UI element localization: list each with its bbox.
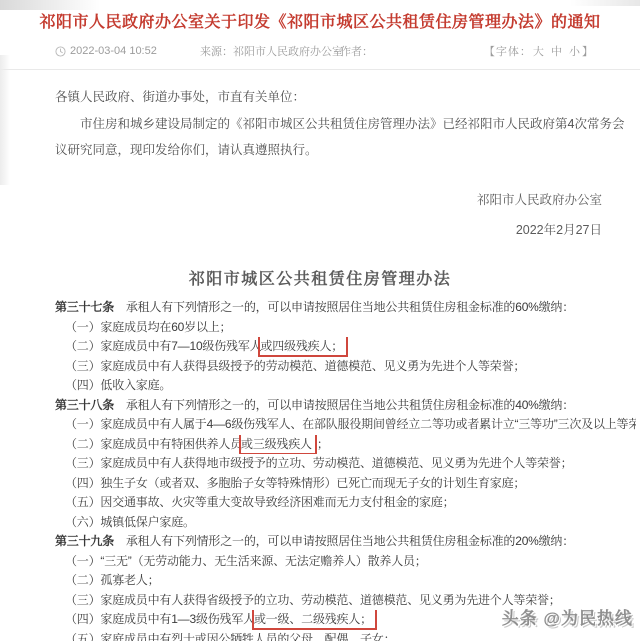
signature-block: 祁阳市人民政府办公室 2022年2月27日 <box>55 185 630 245</box>
article-item: （四）低收入家庭。 <box>55 376 636 396</box>
scan-shade-top-right <box>570 0 640 6</box>
article-item-text: （二）家庭成员中有特困供养人员 <box>65 437 242 451</box>
article-item: （一）“三无”（无劳动能力、无生活来源、无法定赡养人）散养人员； <box>55 552 636 572</box>
article-item-text: ； <box>317 437 329 451</box>
font-size-control: 【字体：大 中 小】 <box>484 43 594 59</box>
article-intro: 第三十九条 承租人有下列情形之一的，可以申请按照居住当地公共租赁住房租金标准的2… <box>55 532 636 552</box>
author-field: 作者： <box>340 43 484 59</box>
scan-shade-top-left <box>0 0 100 10</box>
article-number: 第三十九条 <box>55 534 114 548</box>
article-intro: 第三十八条 承租人有下列情形之一的，可以申请按照居住当地公共租赁住房租金标准的4… <box>55 396 636 416</box>
article-item: （三）家庭成员中有人获得地市级授予的立功、劳动模范、道德模范、见义勇为先进个人等… <box>55 454 636 474</box>
letter-body: 市住房和城乡建设局制定的《祁阳市城区公共租赁住房管理办法》已经祁阳市人民政府第4… <box>55 111 630 163</box>
article-item-text: （三）家庭成员中有人获得地市级授予的立功、劳动模范、道德模范、见义勇为先进个人等… <box>65 456 572 470</box>
article-number: 第三十八条 <box>55 398 114 412</box>
article-item-text: （一）“三无”（无劳动能力、无生活来源、无法定赡养人）散养人员； <box>65 554 427 568</box>
document-page: 祁阳市人民政府办公室关于印发《祁阳市城区公共租赁住房管理办法》的通知 2022-… <box>0 0 640 641</box>
article-item-text: （四）家庭成员中有1—3级伤残军人 <box>65 612 255 626</box>
article-item-text: （一）家庭成员均在60岁以上； <box>65 320 231 334</box>
article-item-text: （五）因交通事故、火灾等重大变故导致经济困难而无力支付租金的家庭； <box>65 495 454 509</box>
regulation-heading: 祁阳市城区公共租赁住房管理办法 <box>0 266 640 289</box>
article-item-text: （二）孤寡老人； <box>65 573 159 587</box>
signer-name: 祁阳市人民政府办公室 <box>55 185 602 215</box>
article-item-text: （三）家庭成员中有人获得省级授予的立功、劳动模范、道德模范、见义勇为先进个人等荣… <box>65 593 561 607</box>
font-label-open: 【字体： <box>484 46 532 58</box>
highlighted-text: 或四级残疾人； <box>258 337 348 357</box>
font-size-medium-button[interactable]: 中 <box>551 46 563 58</box>
highlighted-text: 或三级残疾人 <box>239 435 317 455</box>
article-item: （二）家庭成员中有7—10级伤残军人或四级残疾人； <box>55 337 636 357</box>
article-item: （一）家庭成员中有人属于4—6级伤残军人、在部队服役期间曾经立二等功或者累计立“… <box>55 415 636 435</box>
notice-letter: 各镇人民政府、街道办事处，市直有关单位： 市住房和城乡建设局制定的《祁阳市城区公… <box>0 85 640 245</box>
meta-bar: 2022-03-04 10:52 来源：祁阳市人民政府办公室 作者： 【字体：大… <box>0 43 640 70</box>
article-intro-text: 承租人有下列情形之一的，可以申请按照居住当地公共租赁住房租金标准的40%缴纳： <box>114 398 574 412</box>
font-label-close: 】 <box>582 46 594 58</box>
clock-icon <box>55 46 66 57</box>
article-item: （一）家庭成员均在60岁以上； <box>55 318 636 338</box>
article-item: （二）家庭成员中有特困供养人员或三级残疾人； <box>55 435 636 455</box>
article-number: 第三十七条 <box>55 300 114 314</box>
signature-date: 2022年2月27日 <box>55 215 602 245</box>
source-value: 祁阳市人民政府办公室 <box>233 46 343 58</box>
article-item: （五）因交通事故、火灾等重大变故导致经济困难而无力支付租金的家庭； <box>55 493 636 513</box>
font-size-small-button[interactable]: 小 <box>569 46 581 58</box>
article-item-text: （四）低收入家庭。 <box>65 378 171 392</box>
publish-time-text: 2022-03-04 10:52 <box>70 45 157 57</box>
article-item: （二）孤寡老人； <box>55 571 636 591</box>
article-intro: 第三十七条 承租人有下列情形之一的，可以申请按照居住当地公共租赁住房租金标准的6… <box>55 298 636 318</box>
salutation: 各镇人民政府、街道办事处，市直有关单位： <box>55 85 630 109</box>
article-item-text: （六）城镇低保户家庭。 <box>65 515 195 529</box>
source-field: 来源：祁阳市人民政府办公室 <box>200 43 340 59</box>
author-label: 作者： <box>340 46 373 58</box>
article-item-text: （五）家庭成员中有烈士或因公牺牲人员的父母、配偶、子女； <box>65 632 395 641</box>
toutiao-watermark: 头条 @为民热线 <box>502 604 633 629</box>
article-item-text: （一）家庭成员中有人属于4—6级伤残军人、在部队服役期间曾经立二等功或者累计立“… <box>65 417 636 431</box>
article-item: （五）家庭成员中有烈士或因公牺牲人员的父母、配偶、子女； <box>55 630 636 641</box>
article-intro-text: 承租人有下列情形之一的，可以申请按照居住当地公共租赁住房租金标准的20%缴纳： <box>114 534 574 548</box>
publish-time: 2022-03-04 10:52 <box>55 45 200 57</box>
article-item: （四）独生子女（或者双、多胞胎子女等特殊情形）已死亡而现无子女的计划生育家庭； <box>55 474 636 494</box>
article-item: （六）城镇低保户家庭。 <box>55 513 636 533</box>
highlighted-text: 或一级、二级残疾人； <box>252 610 377 630</box>
article-intro-text: 承租人有下列情形之一的，可以申请按照居住当地公共租赁住房租金标准的60%缴纳： <box>114 300 574 314</box>
font-size-large-button[interactable]: 大 <box>533 46 545 58</box>
article-item-text: （三）家庭成员中有人获得县级授予的劳动模范、道德模范、见义勇为先进个人等荣誉； <box>65 359 525 373</box>
page-title: 祁阳市人民政府办公室关于印发《祁阳市城区公共租赁住房管理办法》的通知 <box>0 12 640 34</box>
article-item: （三）家庭成员中有人获得县级授予的劳动模范、道德模范、见义勇为先进个人等荣誉； <box>55 357 636 377</box>
article-item-text: （二）家庭成员中有7—10级伤残军人 <box>65 339 261 353</box>
article-item-text: （四）独生子女（或者双、多胞胎子女等特殊情形）已死亡而现无子女的计划生育家庭； <box>65 476 525 490</box>
source-label: 来源： <box>200 46 233 58</box>
articles: 第三十七条 承租人有下列情形之一的，可以申请按照居住当地公共租赁住房租金标准的6… <box>0 298 640 641</box>
